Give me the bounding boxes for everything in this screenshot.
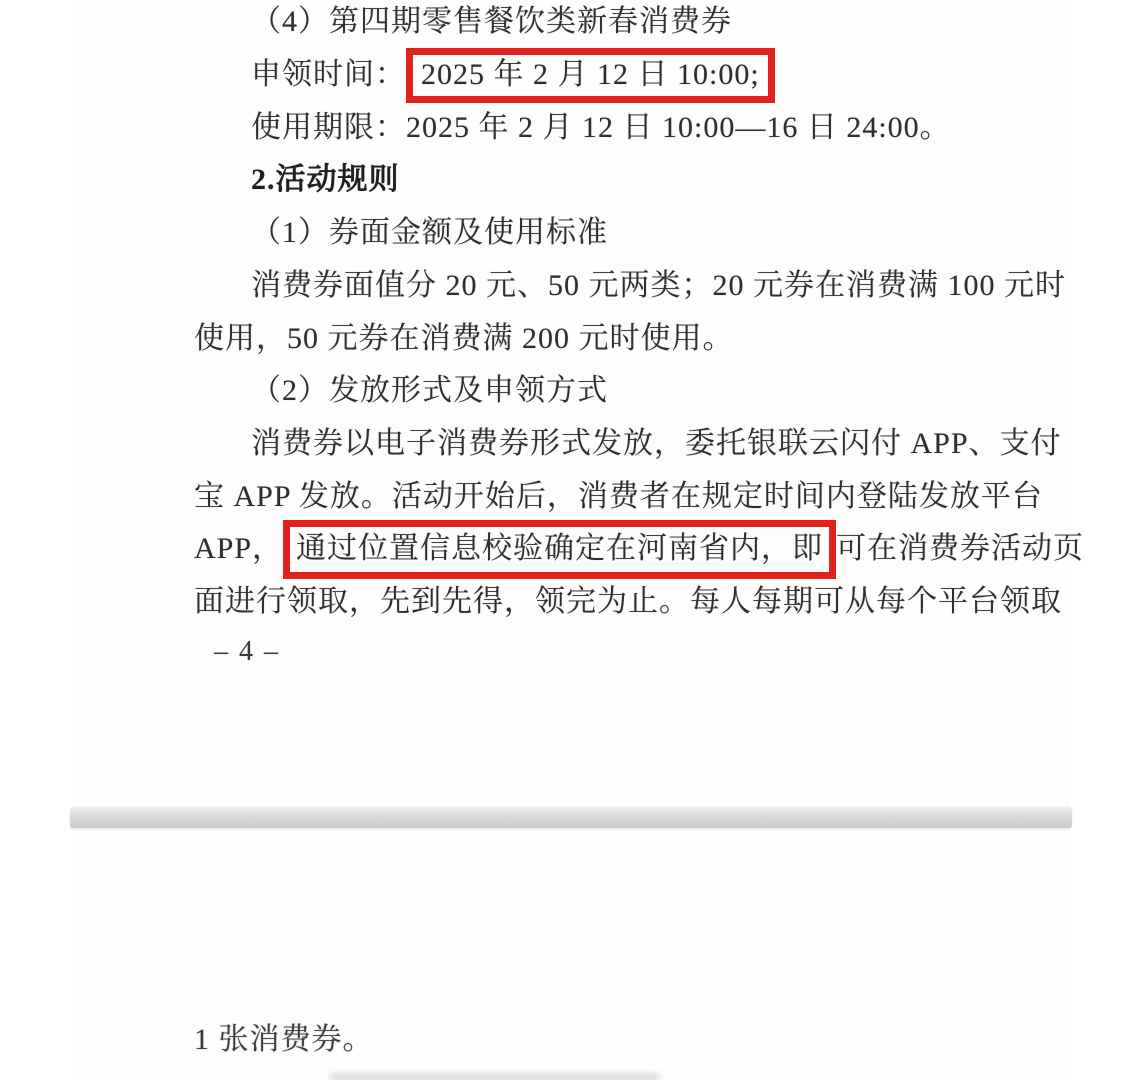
next-page-first-line: 1 张消费券。	[194, 1018, 374, 1062]
rules-heading: 2.活动规则	[194, 158, 976, 202]
claim-time-line: 申领时间：2025 年 2 月 12 日 10:00;	[194, 53, 976, 97]
highlight-box-location-check: 通过位置信息校验确定在河南省内，即	[283, 520, 836, 579]
document-photo-page: （4）第四期零售餐饮类新春消费券 申领时间：2025 年 2 月 12 日 10…	[0, 0, 1136, 1080]
cutoff-text-smudge	[330, 1073, 660, 1080]
page-number: – 4 –	[214, 632, 280, 672]
rule2-paragraph-line2: 宝 APP 发放。活动开始后，消费者在规定时间内登陆发放平台	[194, 475, 971, 519]
line3-prefix: APP，	[194, 532, 283, 565]
claim-time-label: 申领时间：	[251, 58, 406, 91]
section4-title: （4）第四期零售餐饮类新春消费券	[194, 0, 976, 44]
usage-period-line: 使用期限：2025 年 2 月 12 日 10:00—16 日 24:00。	[194, 106, 976, 150]
line3-suffix: 可在消费券活动页	[836, 532, 1084, 565]
rule2-paragraph-line1: 消费券以电子消费券形式发放，委托银联云闪付 APP、支付	[194, 422, 971, 466]
rule2-title: （2）发放形式及申领方式	[194, 369, 976, 413]
rule1-paragraph-line2: 使用，50 元券在消费满 200 元时使用。	[194, 317, 976, 361]
rule2-paragraph-line3: APP，通过位置信息校验确定在河南省内，即可在消费券活动页	[194, 527, 976, 571]
highlight-box-claim-time: 2025 年 2 月 12 日 10:00;	[406, 48, 775, 103]
page-break-divider	[70, 807, 1072, 828]
rule2-paragraph-line4: 面进行领取，先到先得，领完为止。每人每期可从每个平台领取	[194, 580, 971, 624]
rule1-title: （1）券面金额及使用标准	[194, 211, 976, 255]
rule1-paragraph-line1: 消费券面值分 20 元、50 元两类；20 元券在消费满 100 元时	[194, 264, 971, 308]
